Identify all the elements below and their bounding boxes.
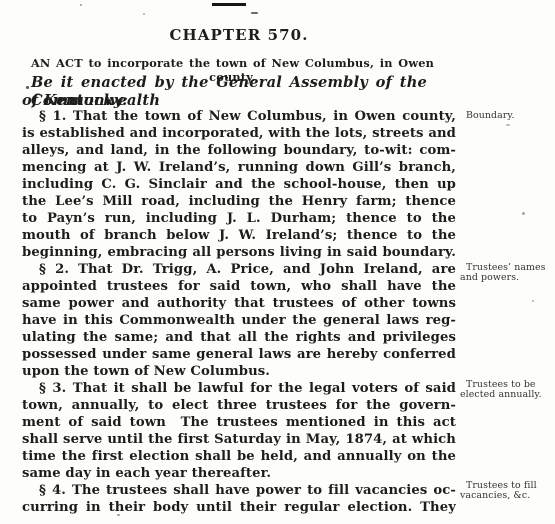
text-line: mencing at J. W. Ireland’s, running down… [22, 159, 456, 176]
text-line: alleys, and land, in the following bound… [22, 142, 456, 159]
text-line: upon the town of New Columbus. [22, 363, 456, 380]
text-line: including C. G. Sinclair and the school-… [22, 176, 456, 193]
text-line: is established and incorporated, with th… [22, 125, 456, 142]
margin-note-line: and powers. [460, 273, 552, 283]
enacting-clause-line: Be it enacted by the General Assembly of… [22, 74, 427, 92]
margin-note: Trustees to fillvacancies, &c. [460, 481, 552, 501]
margin-note-line: vacancies, &c. [460, 491, 552, 501]
text-line: beginning, embracing all persons living … [22, 244, 456, 261]
margin-note-line: Boundary. [460, 111, 552, 121]
text-line: § 4. The trustees shall have power to fi… [22, 482, 456, 499]
text-line: ment of said town The trustees mentioned… [22, 414, 456, 431]
scan-speck [506, 124, 510, 126]
text-line: mouth of branch below J. W. Ireland’s; t… [22, 227, 456, 244]
margin-note: Boundary. [460, 111, 552, 121]
act-section: § 4. The trustees shall have power to fi… [22, 482, 456, 516]
text-line: to Payn’s run, including J. L. Durham; t… [22, 210, 456, 227]
act-section: § 1. That the town of New Columbus, in O… [22, 108, 456, 261]
text-line: curring in their body until their regula… [22, 499, 456, 516]
chapter-heading: CHAPTER 570. [22, 27, 456, 43]
text-line: appointed trustees for said town, who sh… [22, 278, 456, 295]
text-line: § 2. That Dr. Trigg, A. Price, and John … [22, 261, 456, 278]
text-line: § 3. That it shall be lawful for the leg… [22, 380, 456, 397]
scan-speck [26, 86, 29, 89]
scan-speck [143, 13, 145, 15]
text-line: town, annually, to elect three trustees … [22, 397, 456, 414]
scan-speck [251, 12, 258, 14]
text-line: ulating the same; and that all the right… [22, 329, 456, 346]
section-divider-rule [212, 3, 246, 6]
scan-speck [117, 514, 120, 516]
margin-note: Trustees to beelected annually. [460, 380, 552, 400]
margin-note-line: elected annually. [460, 390, 552, 400]
scan-speck [532, 300, 534, 302]
text-line: § 1. That the town of New Columbus, in O… [22, 108, 456, 125]
margin-note: Trustees’ namesand powers. [460, 263, 552, 283]
text-line: same power and authority that trustees o… [22, 295, 456, 312]
scan-speck [522, 212, 525, 215]
act-section: § 2. That Dr. Trigg, A. Price, and John … [22, 261, 456, 380]
text-line: possessed under same general laws are he… [22, 346, 456, 363]
enacting-clause: Be it enacted by the General Assembly of… [22, 74, 427, 110]
act-section: § 3. That it shall be lawful for the leg… [22, 380, 456, 482]
text-line: time the first election shall be held, a… [22, 448, 456, 465]
text-line: have in this Commonwealth under the gene… [22, 312, 456, 329]
act-body: § 1. That the town of New Columbus, in O… [22, 108, 456, 516]
document-page: CHAPTER 570. AN ACT to incorporate the t… [0, 0, 555, 524]
text-line: the Lee’s Mill road, including the Henry… [22, 193, 456, 210]
text-line: same day in each year thereafter. [22, 465, 456, 482]
scan-speck [80, 4, 82, 6]
text-line: shall serve until the first Saturday in … [22, 431, 456, 448]
